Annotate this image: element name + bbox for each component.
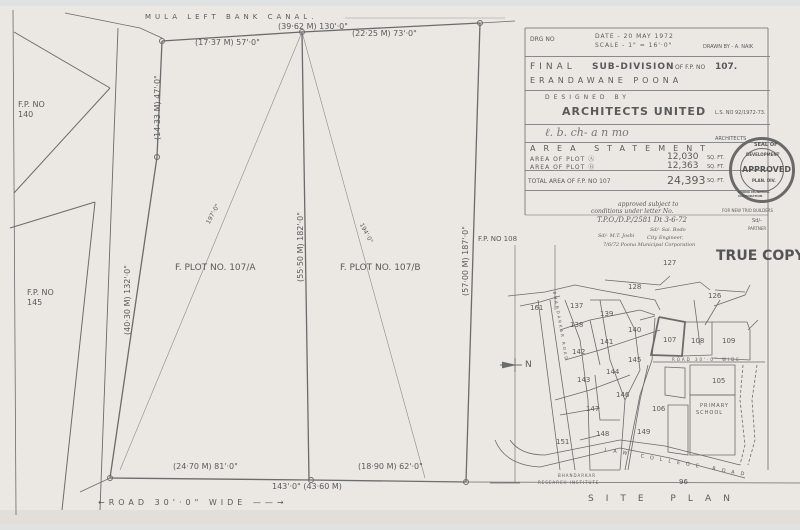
subdivision-label: SUB-DIVISION <box>592 62 675 72</box>
top-dim-right: (22·25 M) 73'·0" <box>352 29 417 38</box>
seal-center-text: APPROVED <box>742 165 791 174</box>
site-plot-161: 161 <box>530 304 543 312</box>
partner-sd: Sd/- <box>752 218 762 224</box>
site-plot-148: 148 <box>596 430 609 438</box>
institute-label-2: RESEARCH INSTITUTE <box>538 480 599 485</box>
total-area-value: 24,393 <box>667 174 706 187</box>
area-plot-b-value: 12,363 <box>667 161 699 171</box>
site-plot-141: 141 <box>600 338 613 346</box>
site-plot-96: 96 <box>679 478 688 486</box>
area-plot-b-label: AREA OF PLOT Ⓑ <box>530 162 595 171</box>
site-plot-127: 127 <box>663 259 676 267</box>
area-plot-b-unit: SQ. FT. <box>707 164 724 170</box>
site-plot-139: 139 <box>600 310 613 318</box>
institute-label-1: BHANDARKAR <box>558 473 596 478</box>
fp140-label: F.P. NO <box>18 100 45 110</box>
plot-107b-label: F. PLOT NO. 107/B <box>340 263 421 273</box>
total-area-unit: SQ. FT. <box>707 178 724 184</box>
neighbour-fp108: F.P. NO 108 <box>478 235 517 243</box>
firm-name: ARCHITECTS UNITED <box>562 105 706 118</box>
city-engineer-sign: Sd/- Sai. Bodo <box>650 227 686 233</box>
fp145-label: F.P. NO <box>27 288 54 298</box>
city-engineer-title: City Engineer, <box>647 235 683 241</box>
site-plot-109: 109 <box>722 337 735 345</box>
drawing-number-label: DRG NO <box>530 36 555 43</box>
left-dim-lower: (40·30 M) 132'·0" <box>123 265 132 335</box>
bottom-dim-total: 143'·0" (43·60 M) <box>272 482 342 491</box>
site-plot-140: 140 <box>628 326 641 334</box>
fp-number: 107. <box>715 62 737 72</box>
architect-signature: ℓ. b. ch- a n mo <box>545 126 629 139</box>
of-fp-label: OF F.P. NO <box>675 64 705 71</box>
drawing-scale: SCALE - 1" = 16'·0" <box>595 42 672 49</box>
neighbour-fp140: F.P. NO 140 <box>18 100 45 120</box>
canal-label: MULA LEFT BANK CANAL. <box>145 13 317 21</box>
location: ERANDAWANE POONA <box>530 76 682 85</box>
seal-outer-text: SEAL OF <box>754 142 777 148</box>
partner-label: PARTNER <box>748 226 766 231</box>
approval-line2: conditions under letter No. <box>591 208 674 215</box>
site-plot-106: 106 <box>652 405 665 413</box>
north-arrow-label: N <box>525 360 532 370</box>
seal-branch-text: PLAN. DIV. <box>752 178 776 183</box>
ls-number: L.S. NO 92/1972-73. <box>715 110 766 116</box>
left-dim-upper: (14·33 M) 47'·0" <box>153 75 162 140</box>
fp145-number: 145 <box>27 298 54 308</box>
fp140-number: 140 <box>18 110 45 120</box>
site-plot-142: 142 <box>572 348 585 356</box>
final-label: FINAL <box>530 62 576 72</box>
site-plot-137: 137 <box>570 302 583 310</box>
site-plot-149: 149 <box>637 428 650 436</box>
site-plot-107: 107 <box>663 336 676 344</box>
site-plot-145: 145 <box>628 356 641 364</box>
neighbour-fp145: F.P. NO 145 <box>27 288 54 308</box>
designed-by-label: DESIGNED BY <box>545 94 630 101</box>
joshi-date: 7/6/72 Poona Municipal Corporation <box>603 242 695 248</box>
bottom-dim-right: (18·90 M) 62'·0" <box>358 462 423 471</box>
site-road-30ft: ROAD 30'·0" WIDE <box>672 357 741 362</box>
area-plot-a-unit: SQ. FT. <box>707 155 724 161</box>
top-dim-left: (17·37 M) 57'·0" <box>195 38 260 47</box>
site-plan-title: SITE PLAN <box>588 494 742 504</box>
site-plot-138: 138 <box>570 321 583 329</box>
joshi-sign: Sd/- M.T. Joshi <box>598 233 634 239</box>
approval-line1: approved subject to <box>618 201 678 208</box>
site-plot-108: 108 <box>691 337 704 345</box>
site-plot-126: 126 <box>708 292 721 300</box>
approval-seal: SEAL OF DEVELOPMENT APPROVED PLAN. DIV. … <box>729 137 795 203</box>
north-arrow-icon <box>498 358 522 372</box>
road-label: ←ROAD 30'·0" WIDE ——→ <box>98 498 288 507</box>
site-plot-143: 143 <box>577 376 590 384</box>
drawing-date: DATE - 20 MAY 1972 <box>595 33 674 40</box>
school-label-1: PRIMARY <box>700 403 729 409</box>
top-dim-total: (39·62 M) 130'·0" <box>278 22 348 31</box>
approval-letter-ref: T.P.O./D.P./2581 Dt 3-6-72 <box>597 216 687 224</box>
site-plot-128: 128 <box>628 283 641 291</box>
middle-dim: (55·50 M) 182'·0" <box>296 212 305 282</box>
school-label-2: SCHOOL <box>696 410 723 416</box>
bottom-dim-left: (24·70 M) 81'·0" <box>173 462 238 471</box>
site-plot-146: 146 <box>616 391 629 399</box>
architect-label: ARCHITECTS <box>715 136 746 142</box>
total-area-label: TOTAL AREA OF F.P. NO 107 <box>528 178 611 185</box>
builders-label: FOR NEW TRIO BUILDERS <box>722 208 773 213</box>
site-plot-151: 151 <box>556 438 569 446</box>
site-plot-105: 105 <box>712 377 725 385</box>
true-copy-stamp: TRUE COPY <box>716 248 800 264</box>
seal-ring-text: POONA MUNICIPAL CORPORATION <box>738 190 792 198</box>
right-dim: (57·00 M) 187'·0" <box>461 226 470 296</box>
seal-dept-text: DEVELOPMENT <box>746 152 779 157</box>
site-plot-144: 144 <box>606 368 619 376</box>
site-plot-147: 147 <box>586 405 599 413</box>
plot-107a-label: F. PLOT NO. 107/A <box>175 263 256 273</box>
drawn-by: DRAWN BY - A. NAIK <box>703 44 753 50</box>
